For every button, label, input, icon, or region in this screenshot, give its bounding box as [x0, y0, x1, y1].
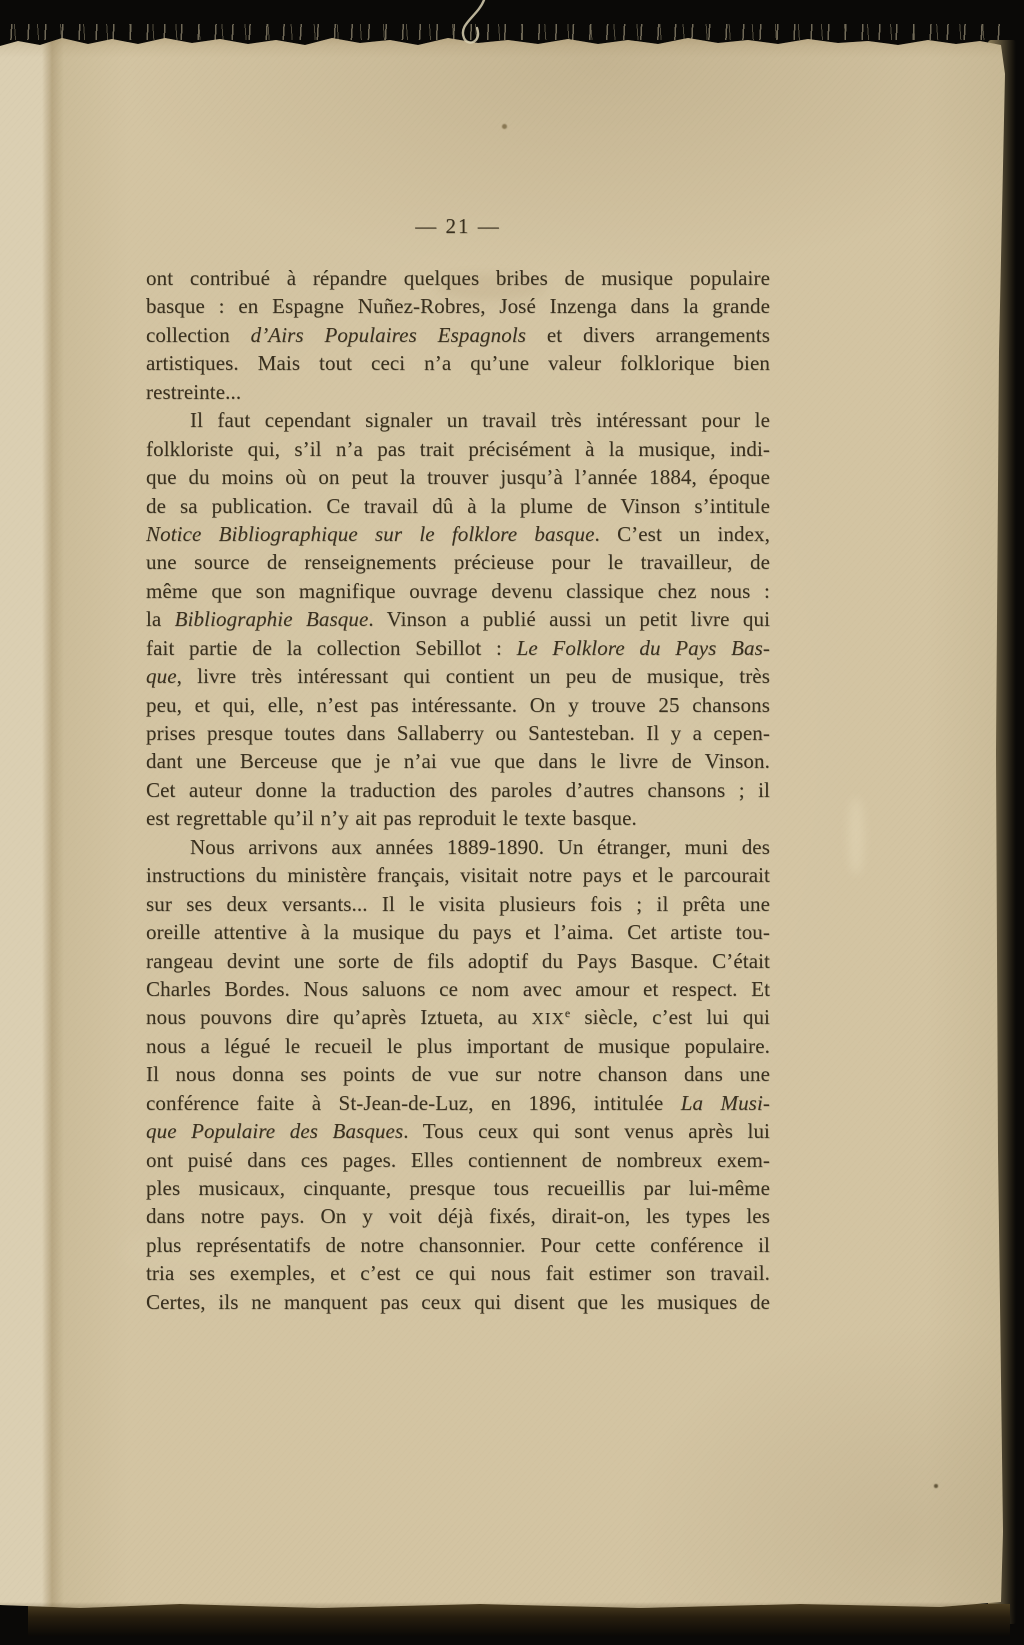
paper-stain: [848, 797, 864, 875]
text-run: dant une Berceuse que je n’ai vue que da…: [146, 749, 770, 773]
text-run: fait partie de la collection Sebillot :: [146, 636, 517, 660]
text-line: ples musicaux, cinquante, presque tous r…: [146, 1174, 770, 1202]
text-run: ples musicaux, cinquante, presque tous r…: [146, 1176, 770, 1200]
text-run: est regrettable qu’il n’y ait pas reprod…: [146, 806, 637, 830]
text-run: même que son magnifique ouvrage devenu c…: [146, 579, 770, 603]
text-run: . C’est un index,: [595, 522, 770, 546]
text-line: dans notre pays. On y voit déjà fixés, d…: [146, 1202, 770, 1230]
text-line: que, livre très intéressant qui contient…: [146, 662, 770, 690]
text-run: Cet auteur donne la traduction des parol…: [146, 778, 770, 802]
page-content: — 21 — ont contribué à répandre quelques…: [146, 32, 770, 1316]
text-run: sur ses deux versants... Il le visita pl…: [146, 892, 770, 916]
text-line: Il nous donna ses points de vue sur notr…: [146, 1060, 770, 1088]
text-run: et divers arrangements: [526, 323, 770, 347]
text-run: folkloriste qui, s’il n’a pas trait préc…: [146, 437, 770, 461]
text-line: de sa publication. Ce travail dû à la pl…: [146, 492, 770, 520]
text-run: oreille attentive à la musique du pays e…: [146, 920, 770, 944]
text-line: est regrettable qu’il n’y ait pas reprod…: [146, 804, 770, 832]
text-run: instructions du ministère français, visi…: [146, 863, 770, 887]
text-run: tria ses exemples, et c’est ce qui nous …: [146, 1261, 770, 1285]
text-run: basque : en Espagne Nuñez-Robres, José I…: [146, 294, 770, 318]
text-line: oreille attentive à la musique du pays e…: [146, 918, 770, 946]
superscript-run: e: [565, 1006, 570, 1020]
book-bottom-edge: [28, 1604, 1010, 1636]
text-line: sur ses deux versants... Il le visita pl…: [146, 890, 770, 918]
text-line: que du moins où on peut la trouver jusqu…: [146, 463, 770, 491]
text-run: XIX: [532, 1009, 565, 1028]
text-line: ont puisé dans ces pages. Elles contienn…: [146, 1146, 770, 1174]
text-line: collection d’Airs Populaires Espagnols e…: [146, 321, 770, 349]
text-line: Charles Bordes. Nous saluons ce nom avec…: [146, 975, 770, 1003]
text-line: Nous arrivons aux années 1889-1890. Un é…: [146, 833, 770, 861]
text-line: nous a légué le recueil le plus importan…: [146, 1032, 770, 1060]
text-line: nous pouvons dire qu’après Iztueta, au X…: [146, 1003, 770, 1031]
text-run: . Vinson a publié aussi un petit livre q…: [368, 607, 770, 631]
text-line: artistiques. Mais tout ceci n’a qu’une v…: [146, 349, 770, 377]
italic-text-run: Bibliographie Basque: [175, 607, 369, 631]
text-run: nous pouvons dire qu’après Iztueta, au: [146, 1005, 532, 1029]
text-run: ont puisé dans ces pages. Elles contienn…: [146, 1148, 770, 1172]
text-line: même que son magnifique ouvrage devenu c…: [146, 577, 770, 605]
text-run: Nous arrivons aux années 1889-1890. Un é…: [190, 835, 770, 859]
text-line: Certes, ils ne manquent pas ceux qui dis…: [146, 1288, 770, 1316]
text-line: basque : en Espagne Nuñez-Robres, José I…: [146, 292, 770, 320]
text-line: ont contribué à répandre quelques bribes…: [146, 264, 770, 292]
book-page: — 21 — ont contribué à répandre quelques…: [0, 32, 1006, 1612]
text-line: peu, et qui, elle, n’est pas intéressant…: [146, 691, 770, 719]
text-line: la Bibliographie Basque. Vinson a publié…: [146, 605, 770, 633]
text-run: restreinte...: [146, 380, 241, 404]
italic-text-run: d’Airs Populaires Espagnols: [251, 323, 526, 347]
text-line: Il faut cependant signaler un travail tr…: [146, 406, 770, 434]
text-run: artistiques. Mais tout ceci n’a qu’une v…: [146, 351, 770, 375]
text-run: Certes, ils ne manquent pas ceux qui dis…: [146, 1290, 770, 1314]
text-run: de sa publication. Ce travail dû à la pl…: [146, 494, 770, 518]
text-run: nous a légué le recueil le plus importan…: [146, 1034, 770, 1058]
photo-background: — 21 — ont contribué à répandre quelques…: [0, 0, 1024, 1645]
text-run: la: [146, 607, 175, 631]
text-run: siècle, c’est lui qui: [570, 1005, 770, 1029]
text-line: Cet auteur donne la traduction des parol…: [146, 776, 770, 804]
text-run: prises presque toutes dans Sallaberry ou…: [146, 721, 770, 745]
text-line: prises presque toutes dans Sallaberry ou…: [146, 719, 770, 747]
text-run: rangeau devint une sorte de fils adoptif…: [146, 949, 770, 973]
text-run: Il nous donna ses points de vue sur notr…: [146, 1062, 770, 1086]
text-run: . Tous ceux qui sont venus après lui: [403, 1119, 770, 1143]
text-line: instructions du ministère français, visi…: [146, 861, 770, 889]
text-run: ont contribué à répandre quelques bribes…: [146, 266, 770, 290]
text-run: dans notre pays. On y voit déjà fixés, d…: [146, 1204, 770, 1228]
italic-text-run: que Populaire des Basques: [146, 1119, 403, 1143]
text-line: fait partie de la collection Sebillot : …: [146, 634, 770, 662]
text-run: conférence faite à St-Jean-de-Luz, en 18…: [146, 1091, 681, 1115]
text-run: , livre très intéressant qui contient un…: [177, 664, 770, 688]
deckle-fiber-fringe: [4, 24, 1004, 40]
italic-text-run: que: [146, 664, 177, 688]
text-run: peu, et qui, elle, n’est pas intéressant…: [146, 693, 770, 717]
text-run: plus représentatifs de notre chansonnier…: [146, 1233, 770, 1257]
page-text: ont contribué à répandre quelques bribes…: [146, 264, 770, 1316]
text-line: restreinte...: [146, 378, 770, 406]
paper-speck: [934, 1484, 938, 1488]
text-line: une source de renseignements précieuse p…: [146, 548, 770, 576]
text-line: rangeau devint une sorte de fils adoptif…: [146, 947, 770, 975]
text-line: plus représentatifs de notre chansonnier…: [146, 1231, 770, 1259]
text-run: collection: [146, 323, 251, 347]
italic-text-run: Le Folklore du Pays Bas-: [517, 636, 770, 660]
text-run: Il faut cependant signaler un travail tr…: [190, 408, 770, 432]
text-line: dant une Berceuse que je n’ai vue que da…: [146, 747, 770, 775]
italic-text-run: La Musi-: [681, 1091, 770, 1115]
text-run: Charles Bordes. Nous saluons ce nom avec…: [146, 977, 770, 1001]
text-line: que Populaire des Basques. Tous ceux qui…: [146, 1117, 770, 1145]
page-number: — 21 —: [146, 214, 770, 238]
italic-text-run: Notice Bibliographique sur le folklore b…: [146, 522, 595, 546]
text-line: tria ses exemples, et c’est ce qui nous …: [146, 1259, 770, 1287]
text-line: folkloriste qui, s’il n’a pas trait préc…: [146, 435, 770, 463]
text-line: conférence faite à St-Jean-de-Luz, en 18…: [146, 1089, 770, 1117]
text-run: une source de renseignements précieuse p…: [146, 550, 770, 574]
text-line: Notice Bibliographique sur le folklore b…: [146, 520, 770, 548]
text-run: que du moins où on peut la trouver jusqu…: [146, 465, 770, 489]
